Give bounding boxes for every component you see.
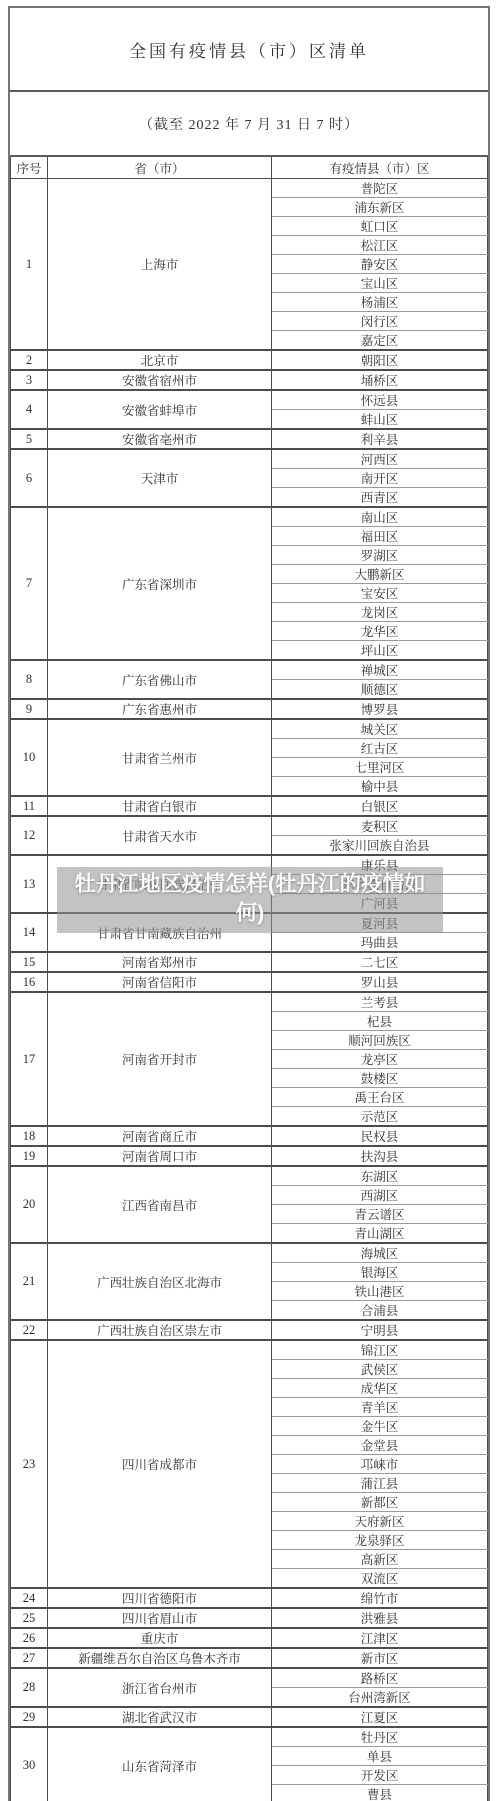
province-cell: 甘肃省白银市 (48, 796, 272, 816)
table-body: 1上海市普陀区浦东新区虹口区松江区静安区宝山区杨浦区闵行区嘉定区2北京市朝阳区3… (11, 179, 488, 1801)
table-row: 7广东省深圳市南山区 (11, 507, 488, 527)
table-row: 29湖北省武汉市江夏区 (11, 1707, 488, 1727)
table-row: 18河南省商丘市民权县 (11, 1126, 488, 1146)
row-number-cell: 30 (11, 1727, 48, 1801)
table-row: 27新疆维吾尔自治区乌鲁木齐市新市区 (11, 1648, 488, 1668)
district-cell: 怀远县 (272, 390, 488, 410)
header-cell-no: 序号 (11, 157, 48, 179)
district-cell: 福田区 (272, 527, 488, 546)
row-number-cell: 18 (11, 1126, 48, 1146)
table-row: 2北京市朝阳区 (11, 350, 488, 370)
district-cell: 普陀区 (272, 179, 488, 198)
district-cell: 禅城区 (272, 660, 488, 680)
province-cell: 湖北省武汉市 (48, 1707, 272, 1727)
district-cell: 开发区 (272, 1766, 488, 1785)
district-cell: 宁明县 (272, 1320, 488, 1340)
district-cell: 博罗县 (272, 699, 488, 719)
district-cell: 天府新区 (272, 1512, 488, 1531)
district-cell: 闵行区 (272, 312, 488, 331)
row-number-cell: 15 (11, 952, 48, 972)
district-cell: 民权县 (272, 1126, 488, 1146)
district-cell: 南山区 (272, 507, 488, 527)
district-cell: 西青区 (272, 488, 488, 508)
district-cell: 罗湖区 (272, 546, 488, 565)
row-number-cell: 12 (11, 816, 48, 855)
district-cell: 绵竹市 (272, 1588, 488, 1608)
row-number-cell: 14 (11, 913, 48, 952)
district-cell: 河西区 (272, 449, 488, 469)
province-cell: 安徽省蚌埠市 (48, 390, 272, 429)
district-cell: 单县 (272, 1747, 488, 1766)
district-cell: 路桥区 (272, 1668, 488, 1688)
province-cell: 浙江省台州市 (48, 1668, 272, 1707)
district-cell: 顺河回族区 (272, 1031, 488, 1050)
district-cell: 榆中县 (272, 777, 488, 797)
district-cell: 静安区 (272, 255, 488, 274)
district-cell: 白银区 (272, 796, 488, 816)
province-cell: 广西壮族自治区崇左市 (48, 1320, 272, 1340)
row-number-cell: 20 (11, 1166, 48, 1243)
district-cell: 坪山区 (272, 641, 488, 661)
district-cell: 嘉定区 (272, 331, 488, 351)
row-number-cell: 10 (11, 719, 48, 796)
district-cell: 新市区 (272, 1648, 488, 1668)
district-cell: 松江区 (272, 236, 488, 255)
district-cell: 示范区 (272, 1107, 488, 1127)
table-row: 22广西壮族自治区崇左市宁明县 (11, 1320, 488, 1340)
district-cell: 红古区 (272, 739, 488, 758)
district-cell: 新都区 (272, 1493, 488, 1512)
row-number-cell: 28 (11, 1668, 48, 1707)
header-cell-province: 省（市） (48, 157, 272, 179)
table-row: 10甘肃省兰州市城关区 (11, 719, 488, 739)
district-cell: 虹口区 (272, 217, 488, 236)
row-number-cell: 19 (11, 1146, 48, 1166)
row-number-cell: 26 (11, 1628, 48, 1648)
district-cell: 龙岗区 (272, 603, 488, 622)
district-cell: 高新区 (272, 1550, 488, 1569)
row-number-cell: 3 (11, 370, 48, 390)
row-number-cell: 24 (11, 1588, 48, 1608)
table-row: 6天津市河西区 (11, 449, 488, 469)
district-cell: 玛曲县 (272, 933, 488, 953)
district-cell: 利辛县 (272, 429, 488, 449)
province-cell: 新疆维吾尔自治区乌鲁木齐市 (48, 1648, 272, 1668)
row-number-cell: 9 (11, 699, 48, 719)
province-cell: 甘肃省兰州市 (48, 719, 272, 796)
province-cell: 甘肃省天水市 (48, 816, 272, 855)
district-cell: 禹王台区 (272, 1088, 488, 1107)
district-cell: 大鹏新区 (272, 565, 488, 584)
district-cell: 东湖区 (272, 1166, 488, 1186)
province-cell: 河南省开封市 (48, 992, 272, 1126)
district-cell: 双流区 (272, 1569, 488, 1589)
district-cell: 曹县 (272, 1785, 488, 1801)
province-cell: 安徽省亳州市 (48, 429, 272, 449)
table-row: 3安徽省宿州市埇桥区 (11, 370, 488, 390)
district-cell: 蚌山区 (272, 410, 488, 430)
district-cell: 锦江区 (272, 1340, 488, 1360)
district-cell: 朝阳区 (272, 350, 488, 370)
table-row: 21广西壮族自治区北海市海城区 (11, 1243, 488, 1263)
table-row: 20江西省南昌市东湖区 (11, 1166, 488, 1186)
district-cell: 南开区 (272, 469, 488, 488)
district-cell: 西湖区 (272, 1186, 488, 1205)
district-cell: 罗山县 (272, 972, 488, 992)
province-cell: 广西壮族自治区北海市 (48, 1243, 272, 1320)
district-cell: 龙泉驿区 (272, 1531, 488, 1550)
province-cell: 重庆市 (48, 1628, 272, 1648)
row-number-cell: 27 (11, 1648, 48, 1668)
district-cell: 鼓楼区 (272, 1069, 488, 1088)
district-cell: 武侯区 (272, 1360, 488, 1379)
main-table: 序号 省（市） 有疫情县（市）区 1上海市普陀区浦东新区虹口区松江区静安区宝山区… (10, 157, 488, 1801)
table-row: 8广东省佛山市禅城区 (11, 660, 488, 680)
row-number-cell: 13 (11, 855, 48, 913)
row-number-cell: 7 (11, 507, 48, 660)
watermark-overlay: 牡丹江地区疫情怎样(牡丹江的疫情如何) (57, 867, 443, 933)
district-cell: 杨浦区 (272, 293, 488, 312)
district-cell: 麦积区 (272, 816, 488, 836)
row-number-cell: 22 (11, 1320, 48, 1340)
row-number-cell: 25 (11, 1608, 48, 1628)
district-cell: 合浦县 (272, 1301, 488, 1321)
district-cell: 杞县 (272, 1012, 488, 1031)
district-cell: 成华区 (272, 1379, 488, 1398)
province-cell: 江西省南昌市 (48, 1166, 272, 1243)
province-cell: 四川省成都市 (48, 1340, 272, 1588)
district-cell: 二七区 (272, 952, 488, 972)
table-row: 24四川省德阳市绵竹市 (11, 1588, 488, 1608)
district-cell: 七里河区 (272, 758, 488, 777)
province-cell: 河南省商丘市 (48, 1126, 272, 1146)
district-cell: 牡丹区 (272, 1727, 488, 1747)
table-row: 4安徽省蚌埠市怀远县 (11, 390, 488, 410)
district-cell: 邛崃市 (272, 1455, 488, 1474)
table-row: 26重庆市江津区 (11, 1628, 488, 1648)
header-cell-district: 有疫情县（市）区 (272, 157, 488, 179)
province-cell: 广东省深圳市 (48, 507, 272, 660)
table-row: 12甘肃省天水市麦积区 (11, 816, 488, 836)
table-row: 15河南省郑州市二七区 (11, 952, 488, 972)
row-number-cell: 29 (11, 1707, 48, 1727)
row-number-cell: 8 (11, 660, 48, 699)
table-title: 全国有疫情县（市）区清单 (10, 8, 488, 92)
row-number-cell: 4 (11, 390, 48, 429)
row-number-cell: 21 (11, 1243, 48, 1320)
district-cell: 金堂县 (272, 1436, 488, 1455)
district-cell: 金牛区 (272, 1417, 488, 1436)
district-cell: 兰考县 (272, 992, 488, 1012)
table-row: 23四川省成都市锦江区 (11, 1340, 488, 1360)
province-cell: 河南省郑州市 (48, 952, 272, 972)
district-cell: 顺德区 (272, 680, 488, 700)
province-cell: 四川省眉山市 (48, 1608, 272, 1628)
district-cell: 青云谱区 (272, 1205, 488, 1224)
district-cell: 江津区 (272, 1628, 488, 1648)
district-cell: 台州湾新区 (272, 1688, 488, 1708)
row-number-cell: 5 (11, 429, 48, 449)
table-row: 16河南省信阳市罗山县 (11, 972, 488, 992)
row-number-cell: 16 (11, 972, 48, 992)
province-cell: 广东省惠州市 (48, 699, 272, 719)
province-cell: 安徽省宿州市 (48, 370, 272, 390)
table-row: 9广东省惠州市博罗县 (11, 699, 488, 719)
table-subtitle: （截至 2022 年 7 月 31 日 7 时） (10, 92, 488, 157)
table-header: 序号 省（市） 有疫情县（市）区 (11, 157, 488, 179)
table-row: 17河南省开封市兰考县 (11, 992, 488, 1012)
table-row: 1上海市普陀区 (11, 179, 488, 198)
province-cell: 河南省信阳市 (48, 972, 272, 992)
district-cell: 扶沟县 (272, 1146, 488, 1166)
table-row: 30山东省菏泽市牡丹区 (11, 1727, 488, 1747)
district-cell: 银海区 (272, 1263, 488, 1282)
district-cell: 江夏区 (272, 1707, 488, 1727)
district-cell: 龙华区 (272, 622, 488, 641)
district-cell: 铁山港区 (272, 1282, 488, 1301)
row-number-cell: 2 (11, 350, 48, 370)
district-cell: 浦东新区 (272, 198, 488, 217)
row-number-cell: 17 (11, 992, 48, 1126)
province-cell: 河南省周口市 (48, 1146, 272, 1166)
header-row: 序号 省（市） 有疫情县（市）区 (11, 157, 488, 179)
district-cell: 青山湖区 (272, 1224, 488, 1244)
province-cell: 四川省德阳市 (48, 1588, 272, 1608)
district-cell: 张家川回族自治县 (272, 836, 488, 856)
row-number-cell: 23 (11, 1340, 48, 1588)
province-cell: 天津市 (48, 449, 272, 507)
district-cell: 青羊区 (272, 1398, 488, 1417)
province-cell: 上海市 (48, 179, 272, 351)
district-cell: 龙亭区 (272, 1050, 488, 1069)
district-cell: 蒲江县 (272, 1474, 488, 1493)
district-cell: 宝山区 (272, 274, 488, 293)
province-cell: 广东省佛山市 (48, 660, 272, 699)
table-row: 19河南省周口市扶沟县 (11, 1146, 488, 1166)
table-row: 28浙江省台州市路桥区 (11, 1668, 488, 1688)
district-cell: 埇桥区 (272, 370, 488, 390)
province-cell: 山东省菏泽市 (48, 1727, 272, 1801)
table-row: 11甘肃省白银市白银区 (11, 796, 488, 816)
row-number-cell: 6 (11, 449, 48, 507)
district-cell: 宝安区 (272, 584, 488, 603)
table-row: 25四川省眉山市洪雅县 (11, 1608, 488, 1628)
district-cell: 城关区 (272, 719, 488, 739)
district-cell: 海城区 (272, 1243, 488, 1263)
district-cell: 洪雅县 (272, 1608, 488, 1628)
row-number-cell: 11 (11, 796, 48, 816)
province-cell: 北京市 (48, 350, 272, 370)
row-number-cell: 1 (11, 179, 48, 351)
table-row: 5安徽省亳州市利辛县 (11, 429, 488, 449)
